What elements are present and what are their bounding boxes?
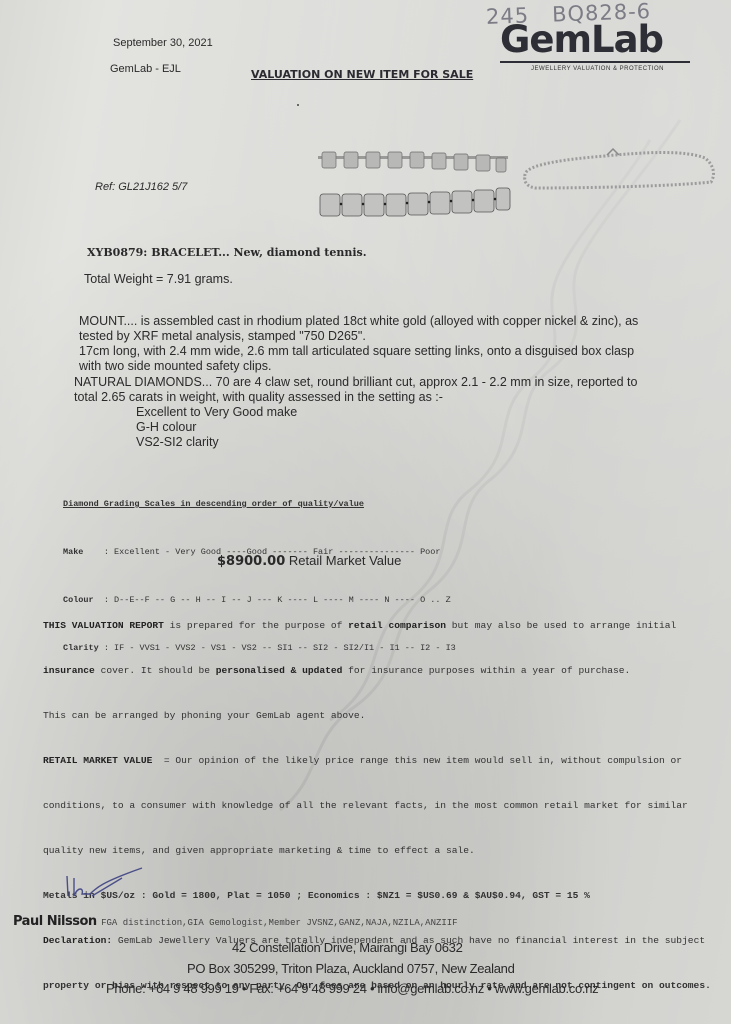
footer-address-1: 42 Constellation Drive, Mairangi Bay 063… (232, 940, 463, 955)
quality-colour: G-H colour (136, 420, 637, 435)
valuation-label: Retail Market Value (289, 553, 401, 568)
grading-heading: Diamond Grading Scales in descending ord… (63, 496, 456, 512)
text-segment: cover. It should be (95, 665, 216, 676)
diamonds-description: NATURAL DIAMONDS... 70 are 4 claw set, r… (74, 375, 637, 450)
bracelet-closeup-photo (318, 150, 518, 222)
office-code: GemLab - EJL (110, 63, 181, 75)
quality-clarity: VS2-SI2 clarity (136, 435, 637, 450)
diamond-line: total 2.65 carats in weight, with qualit… (74, 390, 637, 405)
document-title: VALUATION ON NEW ITEM FOR SALE (251, 68, 473, 81)
mount-description: MOUNT.... is assembled cast in rhodium p… (79, 314, 638, 374)
dot-mark (297, 104, 299, 106)
reference-number: Ref: GL21J162 5/7 (95, 181, 187, 193)
signatory-name: Paul Nilsson (13, 914, 97, 929)
footer-address-2: PO Box 305299, Triton Plaza, Auckland 07… (187, 961, 515, 976)
mount-line: tested by XRF metal analysis, stamped "7… (79, 329, 638, 344)
text-segment: RETAIL MARKET VALUE (43, 755, 152, 766)
signature-scribble (62, 864, 152, 904)
signatory: Paul Nilsson FGA distinction,GIA Gemolog… (13, 912, 458, 930)
total-weight: Total Weight = 7.91 grams. (84, 272, 233, 287)
text-segment: Declaration: (43, 935, 112, 946)
text-segment: = Our opinion of the likely price range … (152, 755, 682, 766)
terms-line: insurance cover. It should be personalis… (43, 663, 731, 678)
valuation-amount: $8900.00 (217, 554, 285, 569)
text-segment: but may also be used to arrange initial (446, 620, 676, 631)
logo-wordmark: GemLab (500, 18, 695, 61)
signatory-credentials: FGA distinction,GIA Gemologist,Member JV… (101, 918, 457, 928)
mount-line: 17cm long, with 2.4 mm wide, 2.6 mm tall… (79, 344, 638, 359)
text-segment: personalised & updated (216, 665, 343, 676)
footer-contact: Phone: +64 9 48 999 19 • Fax: +64 9 48 9… (106, 981, 598, 996)
text-segment: Make (63, 547, 104, 557)
text-segment: is prepared for the purpose of (164, 620, 348, 631)
text-segment: insurance (43, 665, 95, 676)
diamond-line: NATURAL DIAMONDS... 70 are 4 claw set, r… (74, 375, 637, 390)
terms-line: THIS VALUATION REPORT is prepared for th… (43, 618, 731, 633)
text-segment: retail comparison (348, 620, 446, 631)
quality-make: Excellent to Very Good make (136, 405, 637, 420)
terms-line: This can be arranged by phoning your Gem… (43, 708, 731, 723)
item-heading: XYB0879: BRACELET... New, diamond tennis… (87, 246, 367, 259)
text-segment: THIS VALUATION REPORT (43, 620, 164, 631)
text-segment: for insurance purposes within a year of … (342, 665, 630, 676)
logo-underline (500, 61, 690, 63)
gemlab-logo: GemLab JEWELLERY VALUATION & PROTECTION (500, 18, 695, 72)
logo-tagline: JEWELLERY VALUATION & PROTECTION (500, 66, 695, 72)
retail-market-value: $8900.00 Retail Market Value (217, 553, 401, 569)
bracelet-full-photo (515, 146, 720, 196)
rmv-line: quality new items, and given appropriate… (43, 843, 731, 858)
rmv-line: RETAIL MARKET VALUE = Our opinion of the… (43, 753, 731, 768)
mount-line: with two side mounted safety clips. (79, 359, 638, 374)
rmv-line: conditions, to a consumer with knowledge… (43, 798, 731, 813)
mount-line: MOUNT.... is assembled cast in rhodium p… (79, 314, 638, 329)
document-date: September 30, 2021 (113, 37, 213, 49)
